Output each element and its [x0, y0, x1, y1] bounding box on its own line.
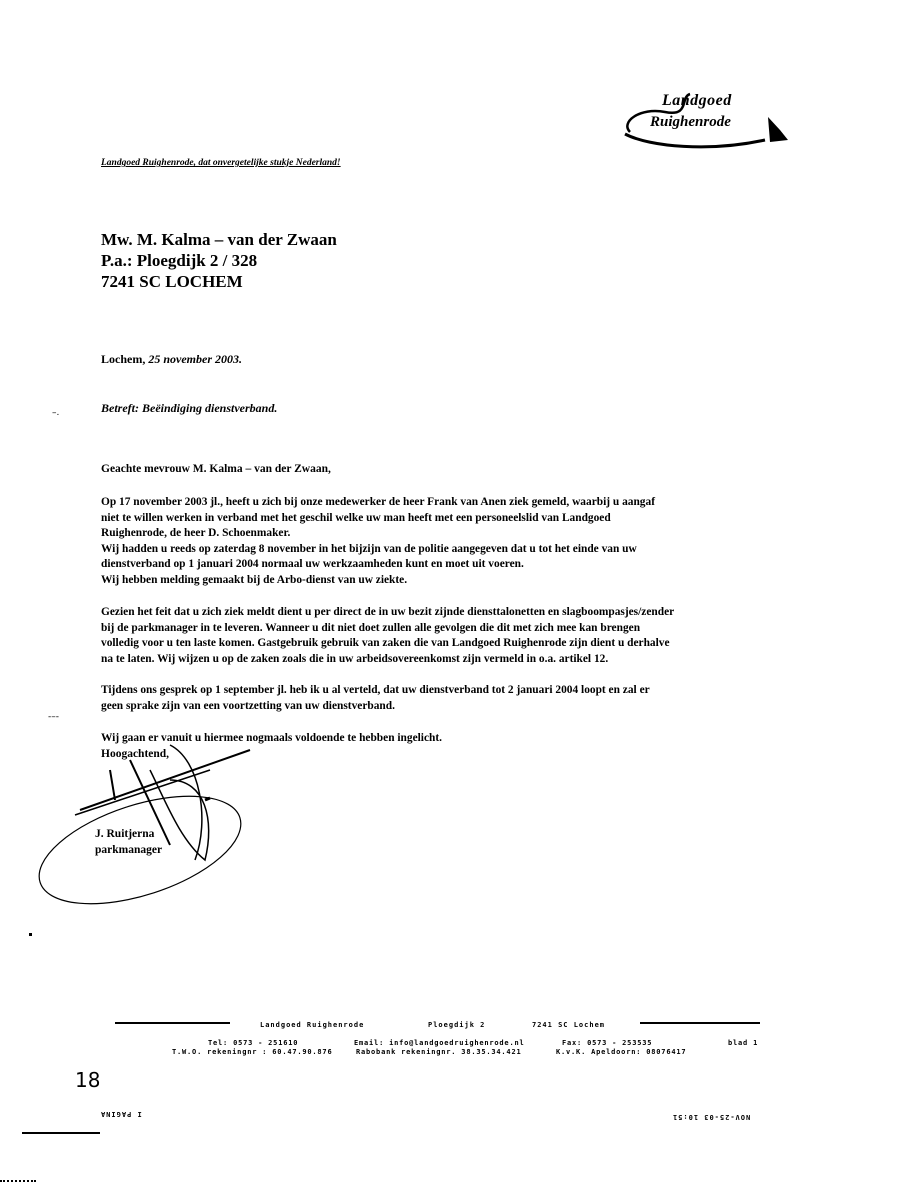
recipient-name: Mw. M. Kalma – van der Zwaan [101, 229, 337, 250]
paragraph-line: na te laten. Wij wijzen u op de zaken zo… [101, 652, 801, 668]
fax-header-right-text: NOV-25-03 10:51 [672, 1113, 750, 1121]
paragraph-3: Tijdens ons gesprek op 1 september jl. h… [101, 683, 801, 714]
paragraph-1: Op 17 november 2003 jl., heeft u zich bi… [101, 495, 801, 589]
recipient-block: Mw. M. Kalma – van der Zwaan P.a.: Ploeg… [101, 229, 337, 292]
letter-date: Lochem, 25 november 2003. [101, 352, 242, 367]
footer-bank2: Rabobank rekeningnr. 38.35.34.421 [356, 1048, 521, 1056]
paragraph-line: geen sprake zijn van een voortzetting va… [101, 699, 801, 715]
footer-street: Ploegdijk 2 [428, 1021, 485, 1029]
paragraph-line: dienstverband op 1 januari 2004 normaal … [101, 557, 801, 573]
fax-header-left: I PAGINA [100, 1110, 142, 1118]
scan-line [22, 1132, 100, 1134]
subject-text: Beëindiging dienstverband. [142, 401, 277, 415]
fax-header-right: NOV-25-03 10:51 [672, 1113, 750, 1121]
logo-line2: Ruighenrode [650, 114, 731, 131]
footer-fax: Fax: 0573 - 253535 [562, 1039, 652, 1047]
paragraph-line: Tijdens ons gesprek op 1 september jl. h… [101, 683, 801, 699]
footer-page: blad 1 [728, 1039, 758, 1047]
subject-label: Betreft: [101, 401, 139, 415]
margin-mark: -–- [48, 712, 59, 722]
footer-kvk: K.v.K. Apeldoorn: 08076417 [556, 1048, 686, 1056]
footer-rule-left [115, 1022, 230, 1024]
handwritten-page-number: 18 [75, 1068, 100, 1092]
paragraph-line: Wij hebben melding gemaakt bij de Arbo-d… [101, 573, 801, 589]
logo-line1: Landgoed [662, 92, 732, 110]
footer-bank1: T.W.O. rekeningnr : 60.47.90.876 [172, 1048, 332, 1056]
margin-mark: –. [52, 408, 59, 418]
signer-block: J. Ruitjerna parkmanager [95, 826, 162, 858]
paragraph-line: bij de parkmanager in te leveren. Wannee… [101, 621, 801, 637]
company-logo: Landgoed Ruighenrode [620, 92, 795, 162]
subject-line: Betreft: Beëindiging dienstverband. [101, 401, 277, 416]
paragraph-line: Wij hadden u reeds op zaterdag 8 novembe… [101, 542, 801, 558]
scan-dots [0, 1180, 36, 1182]
fax-header-left-text: I PAGINA [100, 1110, 142, 1118]
footer-company: Landgoed Ruighenrode [260, 1021, 364, 1029]
footer-tel: Tel: 0573 - 251610 [208, 1039, 298, 1047]
scan-dot [29, 933, 32, 936]
letterhead-tagline: Landgoed Ruighenrode, dat onvergetelijke… [101, 158, 341, 168]
recipient-address: P.a.: Ploegdijk 2 / 328 [101, 250, 337, 271]
date-place: Lochem, [101, 352, 145, 366]
date-value: 25 november 2003. [148, 352, 242, 366]
paragraph-line: Op 17 november 2003 jl., heeft u zich bi… [101, 495, 801, 511]
paragraph-line: Ruighenrode, de heer D. Schoenmaker. [101, 526, 801, 542]
paragraph-line: niet te willen werken in verband met het… [101, 511, 801, 527]
footer-email: Email: info@landgoedruighenrode.nl [354, 1039, 525, 1047]
paragraph-line: volledig voor u ten laste komen. Gastgeb… [101, 636, 801, 652]
signer-name: J. Ruitjerna [95, 826, 162, 842]
footer-city: 7241 SC Lochem [532, 1021, 605, 1029]
recipient-city: 7241 SC LOCHEM [101, 271, 337, 292]
paragraph-2: Gezien het feit dat u zich ziek meldt di… [101, 605, 801, 667]
paragraph-line: Gezien het feit dat u zich ziek meldt di… [101, 605, 801, 621]
footer-rule-right [640, 1022, 760, 1024]
salutation: Geachte mevrouw M. Kalma – van der Zwaan… [101, 463, 331, 475]
signer-title: parkmanager [95, 842, 162, 858]
